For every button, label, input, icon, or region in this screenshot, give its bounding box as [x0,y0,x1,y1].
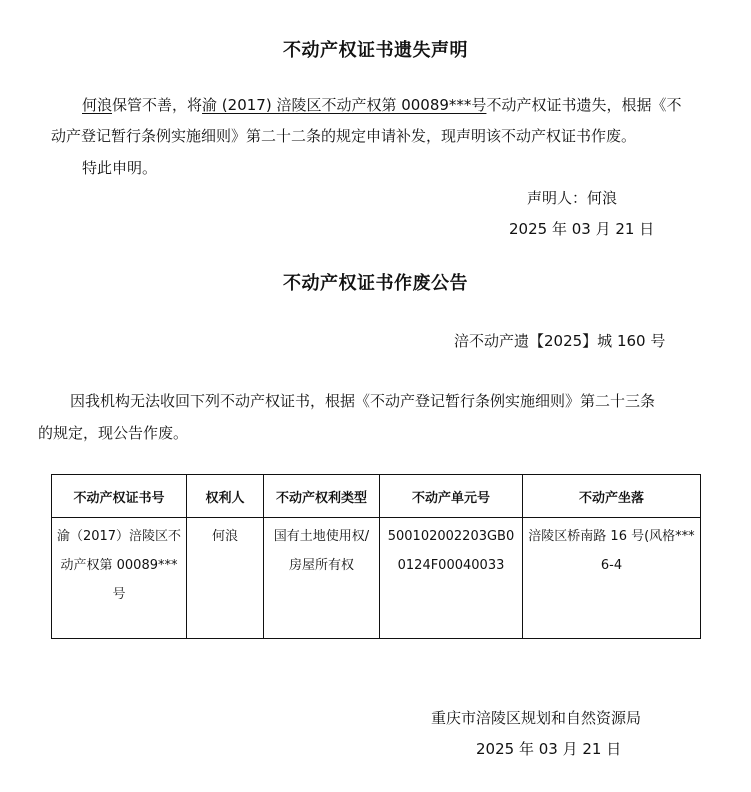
header-unit-number: 不动产单元号 [380,475,523,518]
declaration-text-a: 保管不善，将 [112,96,202,114]
issuer-name: 重庆市涪陵区规划和自然资源局 [431,703,641,733]
notice-date: 2025 年 03 月 21 日 [476,734,621,764]
notice-title: 不动产权证书作废公告 [0,269,751,295]
notice-paragraph-line2: 的规定，现公告作废。 [38,418,188,448]
declaration-text-b: 不动产权证书遗失，根据《不 [486,96,681,114]
certificate-table: 不动产权证书号 权利人 不动产权利类型 不动产单元号 不动产坐落 渝（2017）… [51,474,701,639]
declaration-paragraph-line1: 何浪保管不善，将渝 (2017) 涪陵区不动产权第 00089***号不动产权证… [82,90,681,120]
notice-document-number: 涪不动产遗【2025】城 160 号 [454,326,665,356]
declarant-name: 何浪 [82,96,112,114]
header-right-type: 不动产权利类型 [264,475,380,518]
cell-certificate-number: 渝（2017）涪陵区不动产权第 00089***号 [52,518,187,639]
table-row: 渝（2017）涪陵区不动产权第 00089***号 何浪 国有土地使用权/房屋所… [52,518,701,639]
cell-unit-number: 500102002203GB00124F00040033 [380,518,523,639]
declarant-signature: 声明人：何浪 [527,183,617,213]
declaration-date: 2025 年 03 月 21 日 [509,214,654,244]
certificate-number: 渝 (2017) 涪陵区不动产权第 00089***号 [202,96,486,114]
declaration-paragraph-line2: 动产登记暂行条例实施细则》第二十二条的规定申请补发，现声明该不动产权证书作废。 [51,121,636,151]
cell-owner: 何浪 [187,518,264,639]
declaration-closing: 特此申明。 [82,153,157,183]
header-owner: 权利人 [187,475,264,518]
cell-right-type: 国有土地使用权/房屋所有权 [264,518,380,639]
cell-location: 涪陵区桥南路 16 号(风格***6-4 [523,518,701,639]
table-header-row: 不动产权证书号 权利人 不动产权利类型 不动产单元号 不动产坐落 [52,475,701,518]
header-location: 不动产坐落 [523,475,701,518]
header-certificate-number: 不动产权证书号 [52,475,187,518]
notice-paragraph-line1: 因我机构无法收回下列不动产权证书，根据《不动产登记暂行条例实施细则》第二十三条 [70,386,655,416]
declaration-title: 不动产权证书遗失声明 [0,36,751,62]
